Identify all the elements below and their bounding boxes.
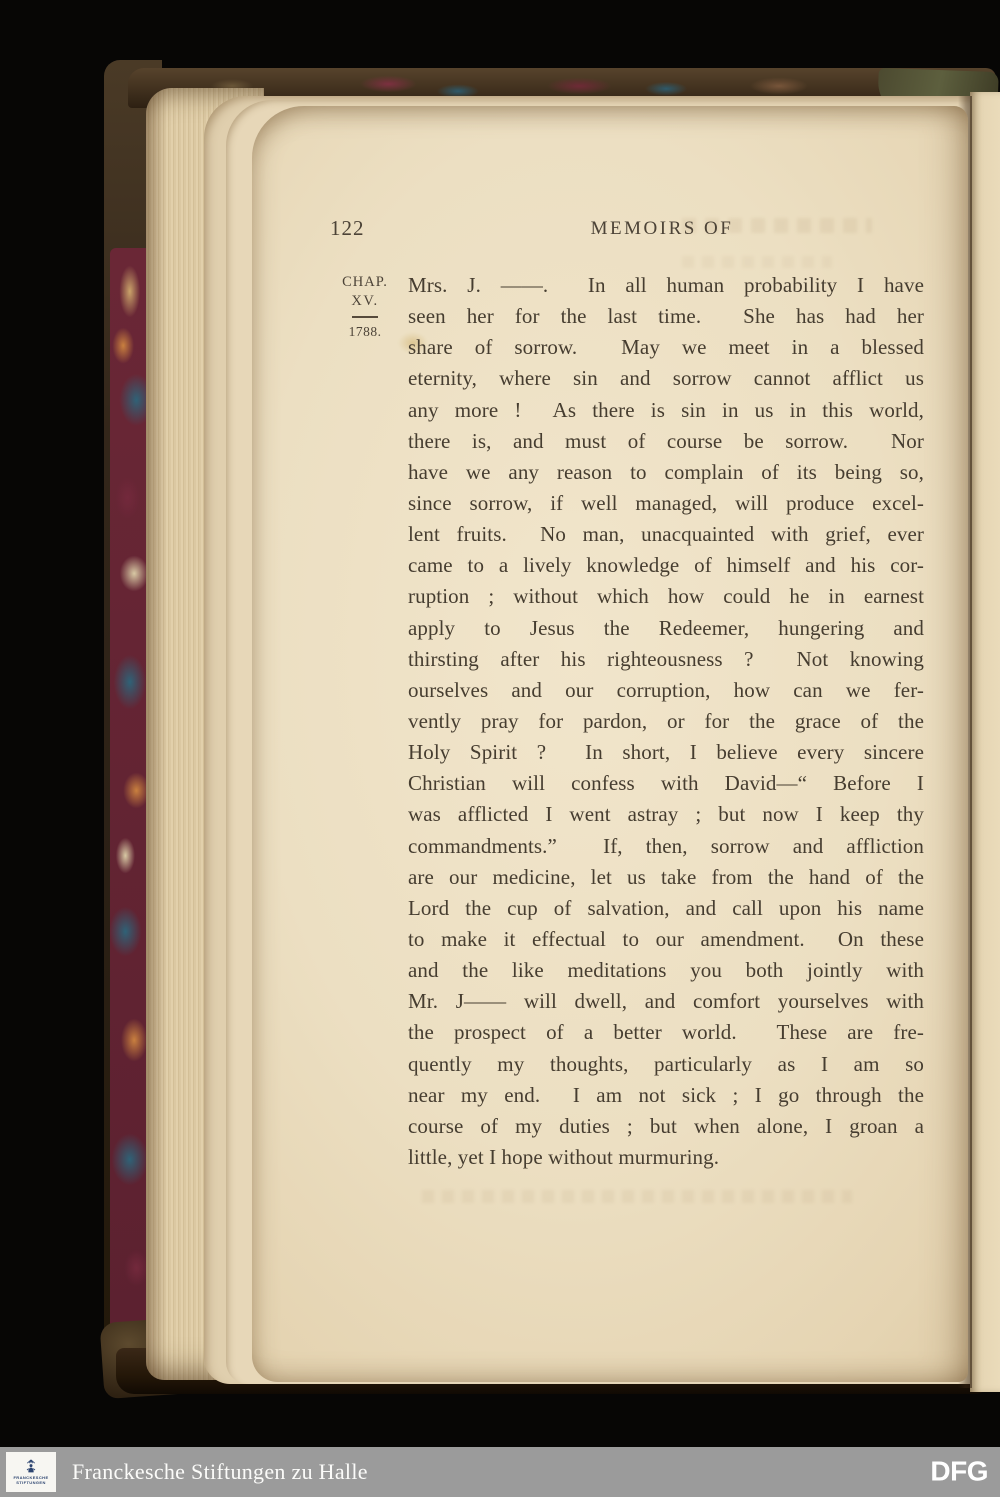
body-text: Mrs. J. ——. In all human probability I h… xyxy=(408,270,924,1173)
footer-bar: FRANCKESCHE STIFTUNGEN Franckesche Stift… xyxy=(0,1447,1000,1497)
text-line: course of my duties ; but when alone, I … xyxy=(408,1111,924,1142)
franckesche-logo: FRANCKESCHE STIFTUNGEN xyxy=(6,1452,56,1492)
running-header: MEMOIRS OF xyxy=(402,218,922,240)
text-line: vently pray for pardon, or for the grace… xyxy=(408,706,924,737)
text-line: Mr. J—— will dwell, and comfort yourselv… xyxy=(408,986,924,1017)
chapter-numeral: XV. xyxy=(334,293,396,310)
page-number: 122 xyxy=(330,216,365,241)
scan-background: 122 MEMOIRS OF CHAP. XV. 1788. Mrs. J. —… xyxy=(0,0,1000,1497)
dfg-logo: DFG xyxy=(930,1455,988,1487)
text-line: thirsting after his righteousness ? Not … xyxy=(408,644,924,675)
text-line: commandments.” If, then, sorrow and affl… xyxy=(408,831,924,862)
text-line: seen her for the last time. She has had … xyxy=(408,301,924,332)
text-line: was afflicted I went astray ; but now I … xyxy=(408,799,924,830)
text-line: and the like meditations you both jointl… xyxy=(408,955,924,986)
text-line: came to a lively knowledge of himself an… xyxy=(408,550,924,581)
facing-page-sliver xyxy=(970,92,1000,1392)
text-line: there is, and must of course be sorrow. … xyxy=(408,426,924,457)
text-line: to make it effectual to our amendment. O… xyxy=(408,924,924,955)
text-line: since sorrow, if well managed, will prod… xyxy=(408,488,924,519)
franckesche-emblem-icon xyxy=(21,1459,41,1474)
text-line: little, yet I hope without murmuring. xyxy=(408,1142,924,1173)
text-line: share of sorrow. May we meet in a blesse… xyxy=(408,332,924,363)
margin-rule xyxy=(352,316,378,318)
text-line: Christian will confess with David—“ Befo… xyxy=(408,768,924,799)
text-line: eternity, where sin and sorrow cannot af… xyxy=(408,363,924,394)
text-line: Holy Spirit ? In short, I believe every … xyxy=(408,737,924,768)
text-line: ourselves and our corruption, how can we… xyxy=(408,675,924,706)
ink-showthrough xyxy=(682,256,832,268)
book-page: 122 MEMOIRS OF CHAP. XV. 1788. Mrs. J. —… xyxy=(252,106,968,1382)
text-line: near my end. I am not sick ; I go throug… xyxy=(408,1080,924,1111)
text-line: Mrs. J. ——. In all human probability I h… xyxy=(408,270,924,301)
text-line: quently my thoughts, particularly as I a… xyxy=(408,1049,924,1080)
chapter-year: 1788. xyxy=(334,324,396,340)
logo-caption-line2: STIFTUNGEN xyxy=(13,1480,48,1485)
chapter-margin-note: CHAP. XV. 1788. xyxy=(334,274,396,340)
chapter-label: CHAP. xyxy=(334,274,396,291)
text-line: Lord the cup of salvation, and call upon… xyxy=(408,893,924,924)
text-line: ruption ; without which how could he in … xyxy=(408,581,924,612)
text-line: have we any reason to complain of its be… xyxy=(408,457,924,488)
text-line: the prospect of a better world. These ar… xyxy=(408,1017,924,1048)
text-line: any more ! As there is sin in us in this… xyxy=(408,395,924,426)
ink-showthrough xyxy=(422,1190,852,1203)
text-line: are our medicine, let us take from the h… xyxy=(408,862,924,893)
text-line: lent fruits. No man, unacquainted with g… xyxy=(408,519,924,550)
text-line: apply to Jesus the Redeemer, hungering a… xyxy=(408,613,924,644)
institution-name: Franckesche Stiftungen zu Halle xyxy=(72,1459,368,1485)
